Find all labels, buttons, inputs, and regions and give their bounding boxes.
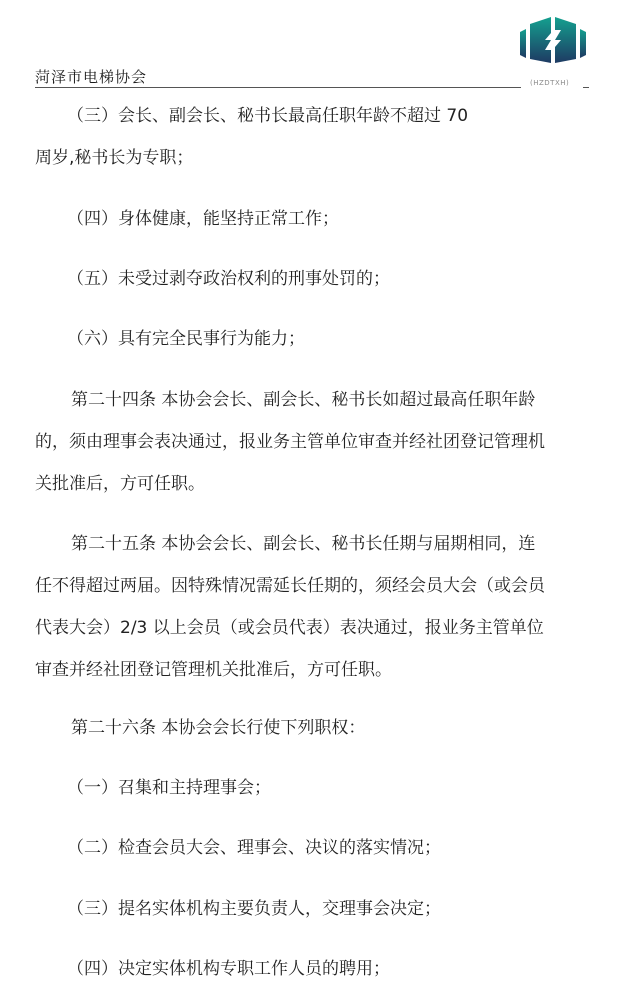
document-line: （三）会长、副会长、秘书长最高任职年龄不超过 70: [67, 106, 468, 126]
document-line: 第二十六条 本协会会长行使下列职权：: [71, 718, 365, 738]
document-line: 周岁,秘书长为专职；: [35, 148, 193, 168]
document-line: （二）检查会员大会、理事会、决议的落实情况；: [67, 838, 441, 858]
document-line: 第二十四条 本协会会长、副会长、秘书长如超过最高任职年龄: [71, 390, 535, 410]
header-divider: [35, 87, 521, 88]
logo-caption: (HZDTXH): [530, 79, 569, 87]
organization-name: 菏泽市电梯协会: [35, 66, 147, 87]
document-line: （六）具有完全民事行为能力；: [67, 329, 305, 349]
document-line: （五）未受过剥夺政治权利的刑事处罚的；: [67, 269, 390, 289]
document-line: 的，须由理事会表决通过，报业务主管单位审查并经社团登记管理机: [35, 432, 545, 452]
document-line: 第二十五条 本协会会长、副会长、秘书长任期与届期相同，连: [71, 534, 535, 554]
page-header: 菏泽市电梯协会 (HZDTXH): [0, 0, 626, 95]
document-line: （四）身体健康，能坚持正常工作；: [67, 209, 339, 229]
association-logo-icon: [518, 14, 588, 66]
document-line: （四）决定实体机构专职工作人员的聘用；: [67, 959, 390, 979]
document-line: （三）提名实体机构主要负责人，交理事会决定；: [67, 899, 441, 919]
header-divider-tail: [583, 87, 589, 88]
document-line: 代表大会）2/3 以上会员（或会员代表）表决通过，报业务主管单位: [35, 618, 544, 638]
document-line: （一）召集和主持理事会；: [67, 778, 271, 798]
document-line: 审查并经社团登记管理机关批准后，方可任职。: [35, 660, 392, 680]
document-line: 任不得超过两届。因特殊情况需延长任期的，须经会员大会（或会员: [35, 576, 545, 596]
document-line: 关批准后，方可任职。: [35, 474, 205, 494]
